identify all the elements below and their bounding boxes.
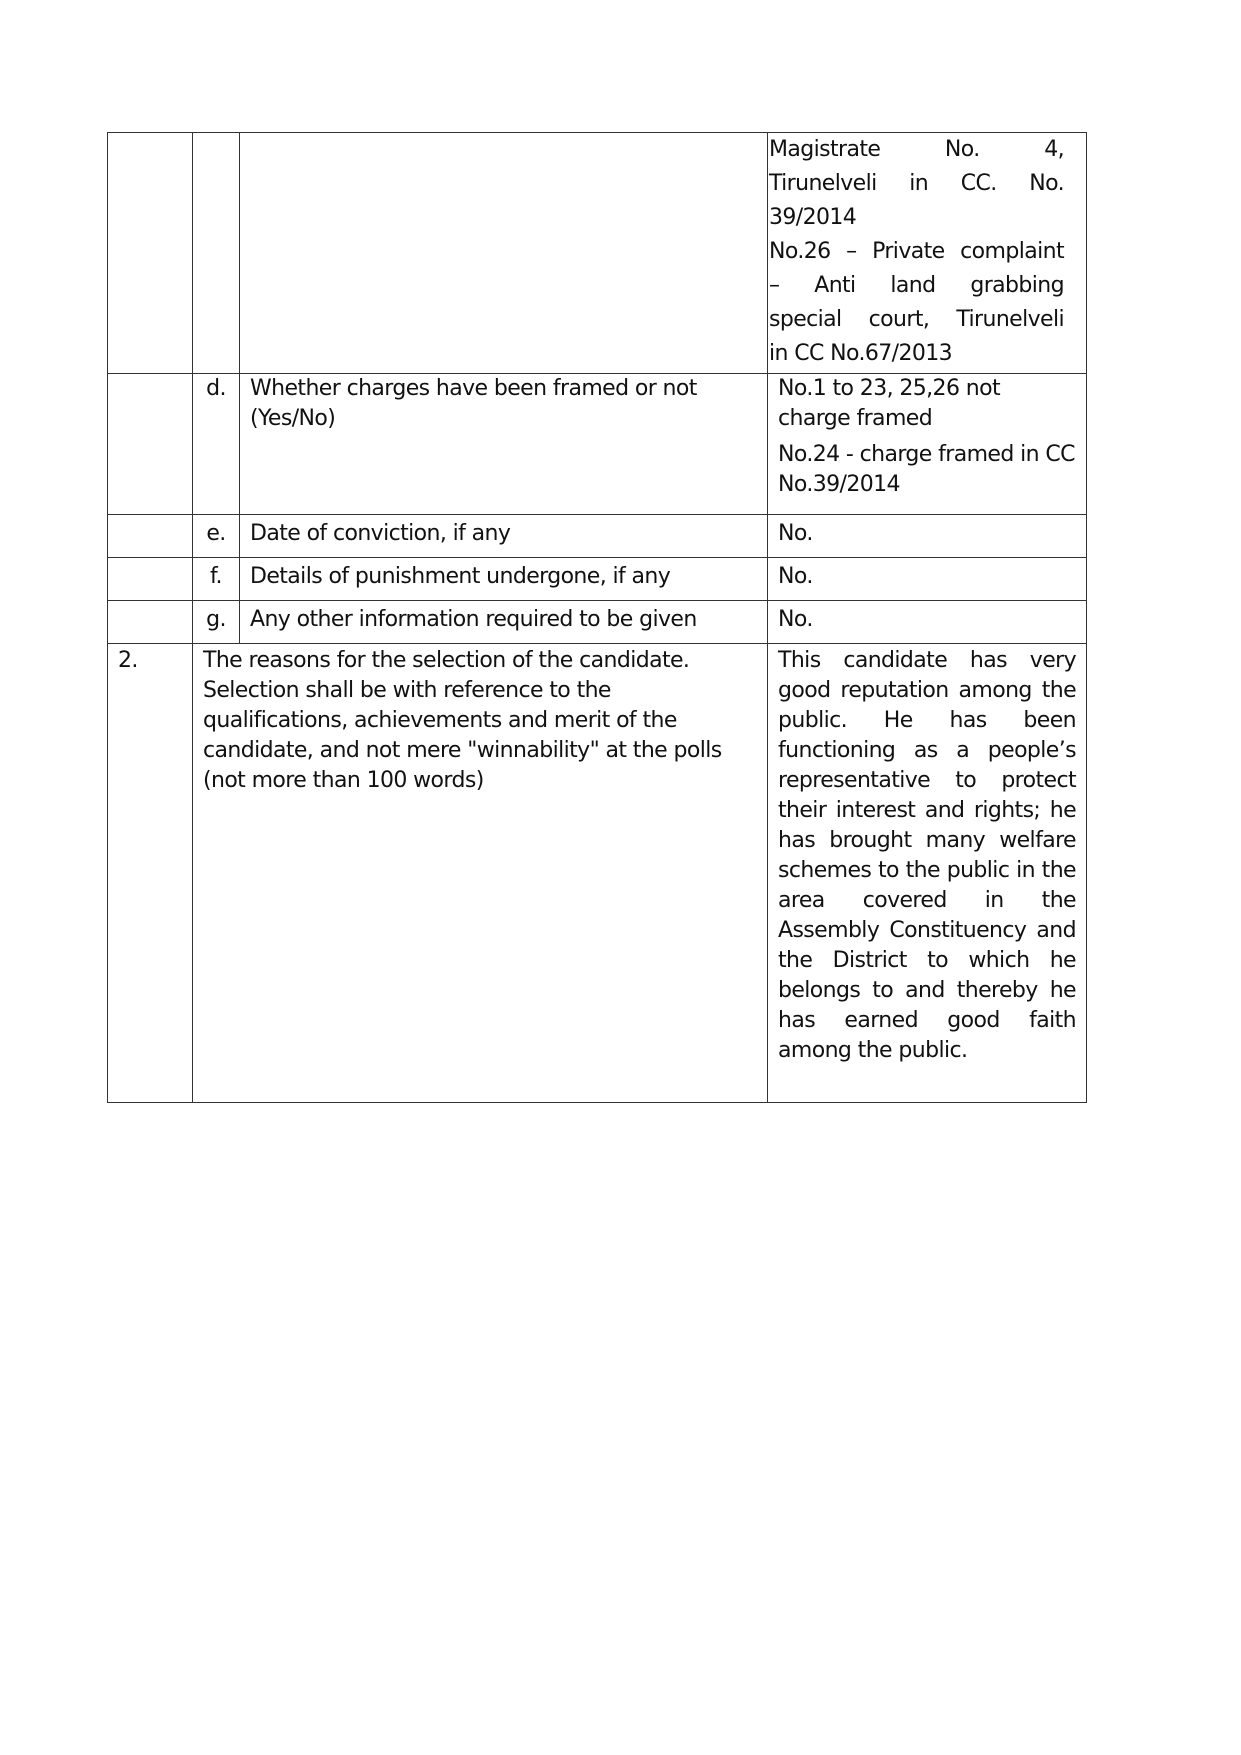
question-text: Whether charges have been framed or not … — [240, 374, 768, 515]
table-row-g: g. Any other information required to be … — [108, 601, 1087, 644]
table-row-continuation: Magistrate No. 4, Tirunelveli in CC. No.… — [108, 133, 1087, 374]
answer-line: in CC No.67/2013 — [769, 337, 1064, 371]
sub-item-cell — [193, 133, 240, 374]
answer-text: No. — [768, 601, 1087, 644]
question-text: Any other information required to be giv… — [240, 601, 768, 644]
sub-item-label: d. — [193, 374, 240, 515]
table-row-e: e. Date of conviction, if any No. — [108, 515, 1087, 558]
answer-line: – Anti land grabbing — [769, 269, 1064, 303]
affidavit-table: Magistrate No. 4, Tirunelveli in CC. No.… — [107, 132, 1087, 1103]
question-cell — [240, 133, 768, 374]
answer-cell: No.1 to 23, 25,26 not charge framed No.2… — [768, 374, 1087, 515]
sub-item-label: f. — [193, 558, 240, 601]
answer-paragraph: No.24 - charge framed in CC No.39/2014 — [778, 440, 1076, 500]
answer-line: Tirunelveli in CC. No. — [769, 167, 1064, 201]
answer-text: No. — [768, 558, 1087, 601]
sub-item-label: g. — [193, 601, 240, 644]
answer-text: No. — [768, 515, 1087, 558]
item-number-cell — [108, 558, 193, 601]
item-number-cell — [108, 374, 193, 515]
answer-line: No.26 – Private complaint — [769, 235, 1064, 269]
answer-line: Magistrate No. 4, — [769, 133, 1064, 167]
answer-paragraph: No.1 to 23, 25,26 not charge framed — [778, 374, 1076, 434]
question-text: Details of punishment undergone, if any — [240, 558, 768, 601]
answer-cell: Magistrate No. 4, Tirunelveli in CC. No.… — [768, 133, 1087, 374]
answer-text: This candidate has very good reputation … — [768, 644, 1087, 1103]
table-row-f: f. Details of punishment undergone, if a… — [108, 558, 1087, 601]
answer-line: 39/2014 — [769, 201, 1064, 235]
item-number-cell — [108, 601, 193, 644]
question-text: Date of conviction, if any — [240, 515, 768, 558]
item-number-cell — [108, 133, 193, 374]
item-number: 2. — [108, 644, 193, 1103]
table-row-item-2: 2. The reasons for the selection of the … — [108, 644, 1087, 1103]
sub-item-label: e. — [193, 515, 240, 558]
question-text: The reasons for the selection of the can… — [193, 644, 768, 1103]
item-number-cell — [108, 515, 193, 558]
table-row-d: d. Whether charges have been framed or n… — [108, 374, 1087, 515]
answer-line: special court, Tirunelveli — [769, 303, 1064, 337]
